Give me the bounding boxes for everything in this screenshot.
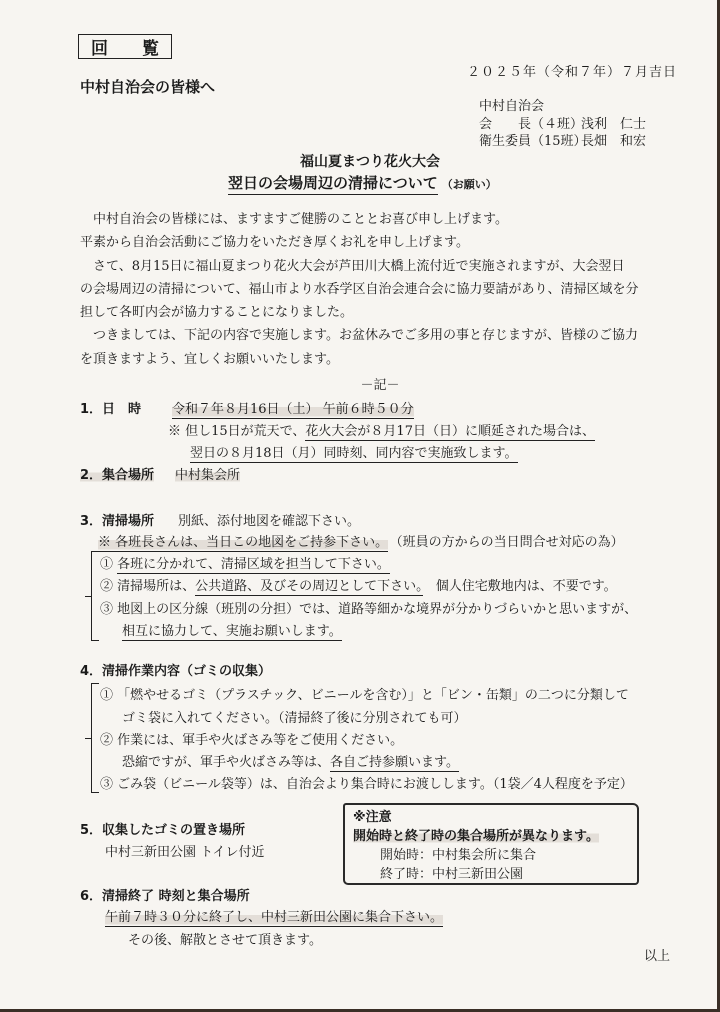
section-3-note: ※ 各班長さんは、当日この地図をご持参下さい。（班員の方からの当日問合せ対応の為… xyxy=(98,531,624,550)
kairan-label: 回 覧 xyxy=(91,34,173,59)
section-5-label: 5．収集したゴミの置き場所 xyxy=(80,819,245,838)
section-2-value: 中村集会所 xyxy=(175,464,240,483)
sender-name: 長畑 和宏 xyxy=(581,130,646,149)
section-3-value: 別紙、添付地図を確認下さい。 xyxy=(178,510,360,529)
event-datetime: 令和７年８月16日（土） 午前６時５０分 xyxy=(172,402,414,419)
closing-mark: 以上 xyxy=(644,945,670,964)
postpone-note: 花火大会が８月17日（日）に順延された場合は、 xyxy=(305,424,595,441)
section-4-item: ③ ごみ袋（ビニール袋等）は、自治会より集合時にお渡しします。（1袋／4人程度を… xyxy=(100,773,633,792)
section-3-item-line2: 相互に協力して、実施お願いします。 xyxy=(122,620,342,639)
section-6-label: 6．清掃終了 時刻と集合場所 xyxy=(80,885,250,904)
postpone-note-prefix: ※ 但し15日が荒天で、 xyxy=(168,424,305,439)
postpone-date: 翌日の８月18日（月）同時刻、同内容で実施致します。 xyxy=(190,446,518,463)
section-4-item: ① 「燃やせるゴミ（プラスチック、ビニールを含む）」と「ビン・缶類」の二つに分類… xyxy=(100,684,629,703)
map-bring-note: ※ 各班長さんは、当日この地図をご持参下さい。 xyxy=(98,535,388,552)
document-title-suffix: （お願い） xyxy=(442,178,497,191)
sender-member-row: 衛生委員（15班） 長畑 和宏 xyxy=(479,130,646,149)
sender-organization: 中村自治会 xyxy=(479,95,544,114)
bracket-decoration xyxy=(91,551,99,641)
intro-line: を頂きますよう、宜しくお願いいたします。 xyxy=(80,348,680,371)
section-1-note-line2: 翌日の８月18日（月）同時刻、同内容で実施致します。 xyxy=(190,442,518,461)
section-1-note: ※ 但し15日が荒天で、花火大会が８月17日（日）に順延された場合は、 xyxy=(168,420,595,439)
section-1-value: 令和７年８月16日（土） 午前６時５０分 xyxy=(172,398,414,417)
section-3-item: ③ 地図上の区分線（班別の分担）では、道路等細かな境界が分かりづらいかと思います… xyxy=(100,598,637,617)
intro-line: 平素から自治会活動にご協力をいただき厚くお礼を申し上げます。 xyxy=(80,231,680,254)
circular-document-page: 回 覧 中村自治会の皆様へ ２０２５年（令和７年）７月吉日 中村自治会 会 長（… xyxy=(0,0,720,1012)
section-4-label: 4．清掃作業内容（ゴミの収集） xyxy=(80,660,271,679)
intro-line: 担して各町内会が協力することになりました。 xyxy=(80,301,680,324)
addressee: 中村自治会の皆様へ xyxy=(80,76,215,97)
section-3-item: ② 清掃場所は、公共道路、及びその周辺として下さい。 個人住宅敷地内は、不要です… xyxy=(100,575,617,594)
section-3-item: ① 各班に分かれて、清掃区域を担当して下さい。 xyxy=(100,553,390,572)
notice-title: ※注意 xyxy=(353,809,629,827)
map-bring-reason: （班員の方からの当日問合せ対応の為） xyxy=(396,535,624,550)
intro-line: つきましては、下記の内容で実施します。お盆休みでご多用の事と存じますが、皆様のご… xyxy=(80,324,680,347)
document-title-line2: 翌日の会場周辺の清掃について（お願い） xyxy=(228,172,497,193)
ki-heading: －記－ xyxy=(0,374,720,393)
section-4-item-line2: 恐縮ですが、軍手や火ばさみ等は、各自ご持参願います。 xyxy=(122,751,459,770)
notice-start-location: 開始時：中村集会所に集合 xyxy=(353,846,629,865)
section-5-value: 中村三新田公園 トイレ付近 xyxy=(105,841,264,860)
intro-line: の会場周辺の清掃について、福山市より水呑学区自治会連合会に協力要請があり、清掃区… xyxy=(80,278,680,301)
section-1-label: 1．日 時 xyxy=(80,398,141,417)
section-6-value-line2: その後、解散とさせて頂きます。 xyxy=(128,929,322,948)
issue-date: ２０２５年（令和７年）７月吉日 xyxy=(467,61,677,80)
intro-line: 中村自治会の皆様には、ますますご健勝のこととお喜び申し上げます。 xyxy=(80,208,680,231)
intro-line: さて、8月15日に福山夏まつり花火大会が芦田川大橋上流付近で実施されますが、大会… xyxy=(80,255,680,278)
section-4-item: ② 作業には、軍手や火ばさみ等をご使用ください。 xyxy=(100,729,403,748)
notice-box: ※注意 開始時と終了時の集合場所が異なります。 開始時：中村集会所に集合 終了時… xyxy=(343,803,639,885)
document-title-main: 翌日の会場周辺の清掃について xyxy=(228,174,438,195)
intro-paragraph: 中村自治会の皆様には、ますますご健勝のこととお喜び申し上げます。 平素から自治会… xyxy=(80,208,680,371)
section-2-label: 2．集合場所 xyxy=(80,464,154,483)
notice-end-location: 終了時：中村三新田公園 xyxy=(353,865,629,884)
section-4-item-line2: ゴミ袋に入れてください。（清掃終了後に分別されても可） xyxy=(122,707,467,726)
sender-role: 衛生委員（15班） xyxy=(479,130,581,149)
section-3-label: 3．清掃場所 xyxy=(80,510,154,529)
kairan-label-box: 回 覧 xyxy=(78,34,172,59)
notice-main: 開始時と終了時の集合場所が異なります。 xyxy=(353,827,629,846)
document-title-line1: 福山夏まつり花火大会 xyxy=(0,151,720,171)
bracket-decoration xyxy=(91,683,99,793)
section-6-value: 午前７時３０分に終了し、中村三新田公園に集合下さい。 xyxy=(105,906,443,925)
